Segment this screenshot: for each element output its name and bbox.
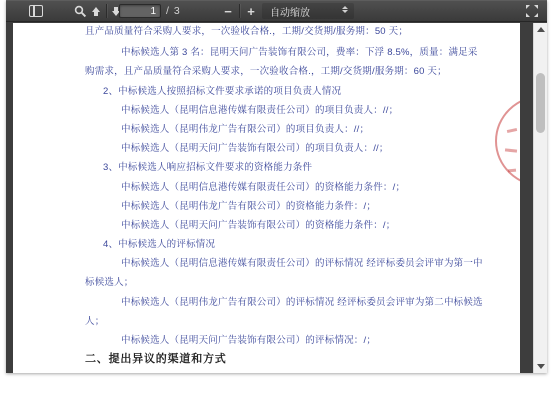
document-line: 4、中标候选人的评标情况: [103, 236, 215, 250]
document-line: 中标候选人（昆明伟龙广告有限公司）的项目负责人：//；: [121, 121, 369, 135]
document-line: 购需求，且产品质量符合采购人要求，一次验收合格.，工期/交货期/服务期：60 天…: [85, 63, 447, 77]
expand-arrows-icon: [525, 4, 539, 18]
zoom-select[interactable]: 自动缩放: [262, 3, 354, 19]
scroll-up-icon[interactable]: [537, 27, 545, 32]
document-line: 中标候选人（昆明信息港传媒有限责任公司）的评标情况 经评标委员会评审为第一中: [121, 255, 483, 269]
sidebar-toggle-button[interactable]: [24, 0, 48, 22]
chevron-up-down-icon: [342, 6, 348, 13]
scroll-down-icon[interactable]: [537, 364, 545, 369]
toolbar-separator: [106, 4, 107, 18]
fullscreen-button[interactable]: [521, 0, 543, 22]
previous-page-button[interactable]: [88, 0, 104, 22]
scrollbar-thumb[interactable]: [536, 73, 545, 133]
pdf-toolbar: / 3 − + 自动缩放: [6, 0, 547, 22]
document-line: 中标候选人（昆明天问广告装饰有限公司）的评标情况：/；: [121, 332, 376, 346]
search-button[interactable]: [70, 0, 90, 22]
zoom-select-value: 自动缩放: [270, 4, 310, 19]
document-line: 中标候选人（昆明伟龙广告有限公司）的评标情况 经评标委员会评审为第二中标候选: [121, 294, 483, 308]
section-heading: 二、提出异议的渠道和方式: [85, 350, 227, 366]
document-line: 中标候选人（昆明信息港传媒有限责任公司）的项目负责人：//；: [121, 102, 398, 116]
zoom-out-button[interactable]: −: [220, 0, 236, 22]
vertical-scrollbar[interactable]: [533, 23, 547, 373]
document-line: 标候选人；: [85, 274, 134, 288]
page-number-input[interactable]: [119, 4, 161, 18]
document-line: 人；: [85, 313, 104, 327]
viewer-content: 且产品质量符合采购人要求，一次验收合格.，工期/交货期/服务期：50 天； 中标…: [6, 23, 547, 373]
document-line: 3、中标候选人响应招标文件要求的资格能力条件: [103, 159, 312, 173]
page-count-label: / 3: [166, 0, 181, 22]
document-line: 中标候选人（昆明信息港传媒有限责任公司）的资格能力条件：/；: [121, 179, 405, 193]
document-line: 中标候选人（昆明伟龙广告有限公司）的资格能力条件：/；: [121, 198, 376, 212]
document-line: 中标候选人（昆明天问广告装饰有限公司）的资格能力条件：/；: [121, 217, 395, 231]
document-line: 中标候选人（昆明天问广告装饰有限公司）的项目负责人：//；: [121, 140, 389, 154]
document-line: 且产品质量符合采购人要求，一次验收合格.，工期/交货期/服务期：50 天；: [85, 23, 408, 37]
pdf-page: 且产品质量符合采购人要求，一次验收合格.，工期/交货期/服务期：50 天； 中标…: [13, 23, 520, 373]
screenshot-root: / 3 − + 自动缩放 且产品质量符合: [0, 0, 553, 397]
search-icon: [74, 5, 87, 18]
zoom-in-button[interactable]: +: [243, 0, 259, 22]
sidebar-panel-icon: [29, 5, 43, 17]
red-seal-stamp: [495, 95, 520, 187]
document-line: 2、中标候选人按照招标文件要求承诺的项目负责人情况: [103, 83, 341, 97]
toolbar-separator: [239, 4, 240, 18]
pdf-viewer: / 3 − + 自动缩放 且产品质量符合: [6, 0, 547, 373]
document-line: 中标候选人第 3 名：昆明天问广告装饰有限公司，费率：下浮 8.5%，质量：满足…: [121, 44, 478, 58]
arrow-up-icon: [92, 7, 100, 16]
